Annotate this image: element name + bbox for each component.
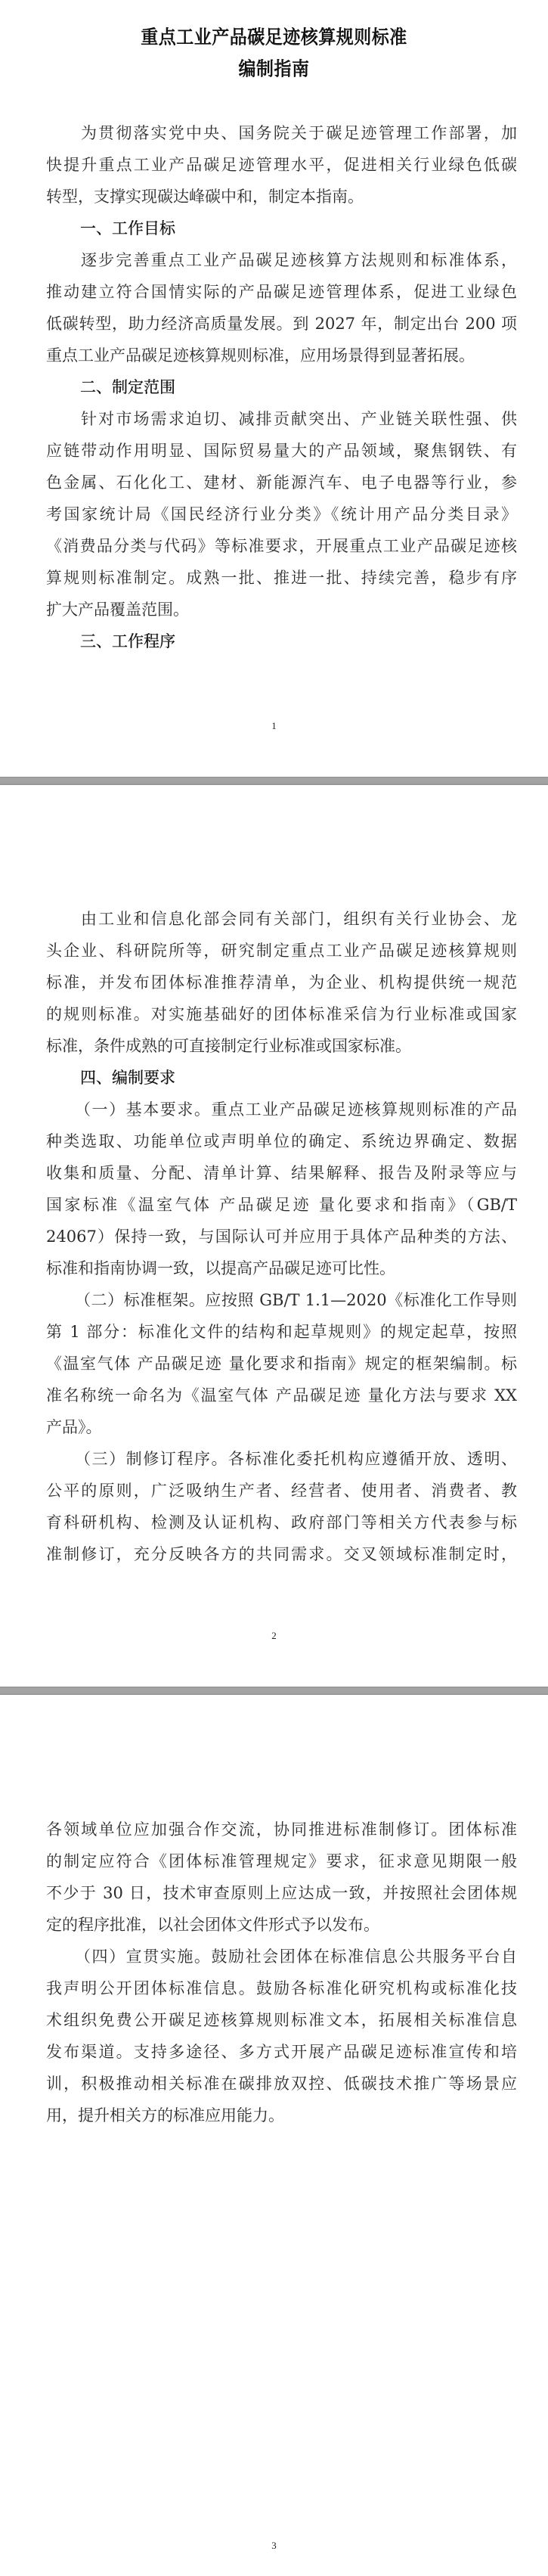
section-heading-procedure: 三、工作程序 — [80, 625, 175, 657]
paragraph-line: 的规则标准。对实施基础好的团体标准采信为行业标准或国家 — [46, 998, 517, 1030]
paragraph-line: 标准和指南协调一致，以提高产品碳足迹可比性。 — [46, 1252, 517, 1284]
paragraph-line: 准制修订，充分反映各方的共同需求。交叉领域标准制定时， — [46, 1538, 517, 1570]
paragraph-line: 考国家统计局《国民经济行业分类》《统计用产品分类目录》 — [46, 498, 517, 530]
paragraph-line: 标准，并发布团体标准推荐清单，为企业、机构提供统一规范 — [46, 967, 517, 998]
page-number: 2 — [0, 1630, 548, 1642]
paragraph-line: （三）制修订程序。各标准化委托机构应遵循开放、透明、 — [75, 1443, 517, 1475]
page-divider — [0, 1687, 548, 1695]
paragraph-line: （一）基本要求。重点工业产品碳足迹核算规则标准的产品 — [75, 1094, 517, 1125]
section-heading-scope: 二、制定范围 — [80, 371, 175, 403]
paragraph-line: 应链带动作用明显、国际贸易量大的产品领域，聚焦钢铁、有 — [46, 435, 517, 467]
paragraph-line: 第 1 部分：标准化文件的结构和起草规则》的规定起草，按照 — [46, 1316, 517, 1348]
paragraph-line: 《消费品分类与代码》等标准要求，开展重点工业产品碳足迹核 — [46, 530, 517, 562]
paragraph-line: 快提升重点工业产品碳足迹管理水平，促进相关行业绿色低碳 — [46, 149, 517, 181]
paragraph-line: 各领域单位应加强合作交流，协同推进标准制修订。团体标准 — [46, 1814, 517, 1845]
document-page-1: 重点工业产品碳足迹核算规则标准 编制指南 为贯彻落实党中央、国务院关于碳足迹管理… — [0, 0, 548, 777]
paragraph-line: （二）标准框架。应按照 GB/T 1.1—2020《标准化工作导则 — [75, 1284, 517, 1316]
document-title-line-1: 重点工业产品碳足迹核算规则标准 — [0, 20, 548, 54]
paragraph-line: （四）宣贯实施。鼓励社会团体在标准信息公共服务平台自 — [75, 1941, 517, 1972]
paragraph-line: 逐步完善重点工业产品碳足迹核算方法规则和标准体系， — [81, 244, 517, 276]
paragraph-line: 定的程序批准，以社会团体文件形式予以发布。 — [46, 1909, 517, 1941]
paragraph-line: 育科研机构、检测及认证机构、政府部门等相关方代表参与标 — [46, 1507, 517, 1538]
paragraph-line: 扩大产品覆盖范围。 — [46, 594, 517, 625]
paragraph-line: 《温室气体 产品碳足迹 量化要求和指南》规定的框架编制。标 — [46, 1348, 517, 1380]
paragraph-line: 色金属、石化化工、建材、新能源汽车、电子电器等行业，参 — [46, 467, 517, 498]
paragraph-line: 由工业和信息化部会同有关部门，组织有关行业协会、龙 — [81, 903, 517, 935]
page-divider — [0, 777, 548, 785]
paragraph-line: 算规则标准制定。成熟一批、推进一批、持续完善，稳步有序 — [46, 562, 517, 594]
paragraph-line: 推动建立符合国情实际的产品碳足迹管理体系，促进工业绿色 — [46, 276, 517, 308]
paragraph-line: 针对市场需求迫切、减排贡献突出、产业链关联性强、供 — [81, 403, 517, 435]
paragraph-line: 转型，支撑实现碳达峰碳中和，制定本指南。 — [46, 181, 517, 213]
paragraph-line: 收集和质量、分配、清单计算、结果解释、报告及附录等应与 — [46, 1157, 517, 1189]
document-title-line-2: 编制指南 — [0, 52, 548, 86]
section-heading-requirements: 四、编制要求 — [80, 1062, 175, 1094]
paragraph-line: 为贯彻落实党中央、国务院关于碳足迹管理工作部署，加 — [81, 117, 517, 149]
paragraph-line: 产品》。 — [46, 1411, 517, 1443]
page-number: 3 — [0, 2540, 548, 2552]
section-heading-goals: 一、工作目标 — [80, 213, 175, 244]
paragraph-line: 准名称统一命名为《温室气体 产品碳足迹 量化方法与要求 XX — [46, 1380, 517, 1411]
document-page-3: 各领域单位应加强合作交流，协同推进标准制修订。团体标准 的制定应符合《团体标准管… — [0, 1695, 548, 2576]
paragraph-line: 术组织免费公开碳足迹核算规则标准文本，拓展相关标准信息 — [46, 2004, 517, 2036]
paragraph-line: 低碳转型，助力经济高质量发展。到 2027 年，制定出台 200 项 — [46, 308, 517, 340]
paragraph-line: 重点工业产品碳足迹核算规则标准，应用场景得到显著拓展。 — [46, 340, 517, 371]
paragraph-line: 的制定应符合《团体标准管理规定》要求，征求意见期限一般 — [46, 1845, 517, 1877]
document-page-2: 由工业和信息化部会同有关部门，组织有关行业协会、龙 头企业、科研院所等，研究制定… — [0, 785, 548, 1687]
paragraph-line: 训，积极推动相关标准在碳排放双控、低碳技术推广等场景应 — [46, 2068, 517, 2100]
paragraph-line: 发布渠道。支持多途径、多方式开展产品碳足迹标准宣传和培 — [46, 2036, 517, 2068]
paragraph-line: 标准，条件成熟的可直接制定行业标准或国家标准。 — [46, 1030, 517, 1062]
page-number: 1 — [0, 720, 548, 732]
paragraph-line: 国家标准《温室气体 产品碳足迹 量化要求和指南》（GB/T — [46, 1189, 517, 1221]
paragraph-line: 种类选取、功能单位或声明单位的确定、系统边界确定、数据 — [46, 1125, 517, 1157]
paragraph-line: 不少于 30 日，技术审查原则上应达成一致，并按照社会团体规 — [46, 1877, 517, 1909]
paragraph-line: 24067）保持一致，与国际认可并应用于具体产品种类的方法、 — [46, 1221, 517, 1252]
paragraph-line: 用，提升相关方的标准应用能力。 — [46, 2100, 517, 2131]
paragraph-line: 公平的原则，广泛吸纳生产者、经营者、使用者、消费者、教 — [46, 1475, 517, 1507]
paragraph-line: 我声明公开团体标准信息。鼓励各标准化研究机构或标准化技 — [46, 1972, 517, 2004]
paragraph-line: 头企业、科研院所等，研究制定重点工业产品碳足迹核算规则 — [46, 935, 517, 967]
